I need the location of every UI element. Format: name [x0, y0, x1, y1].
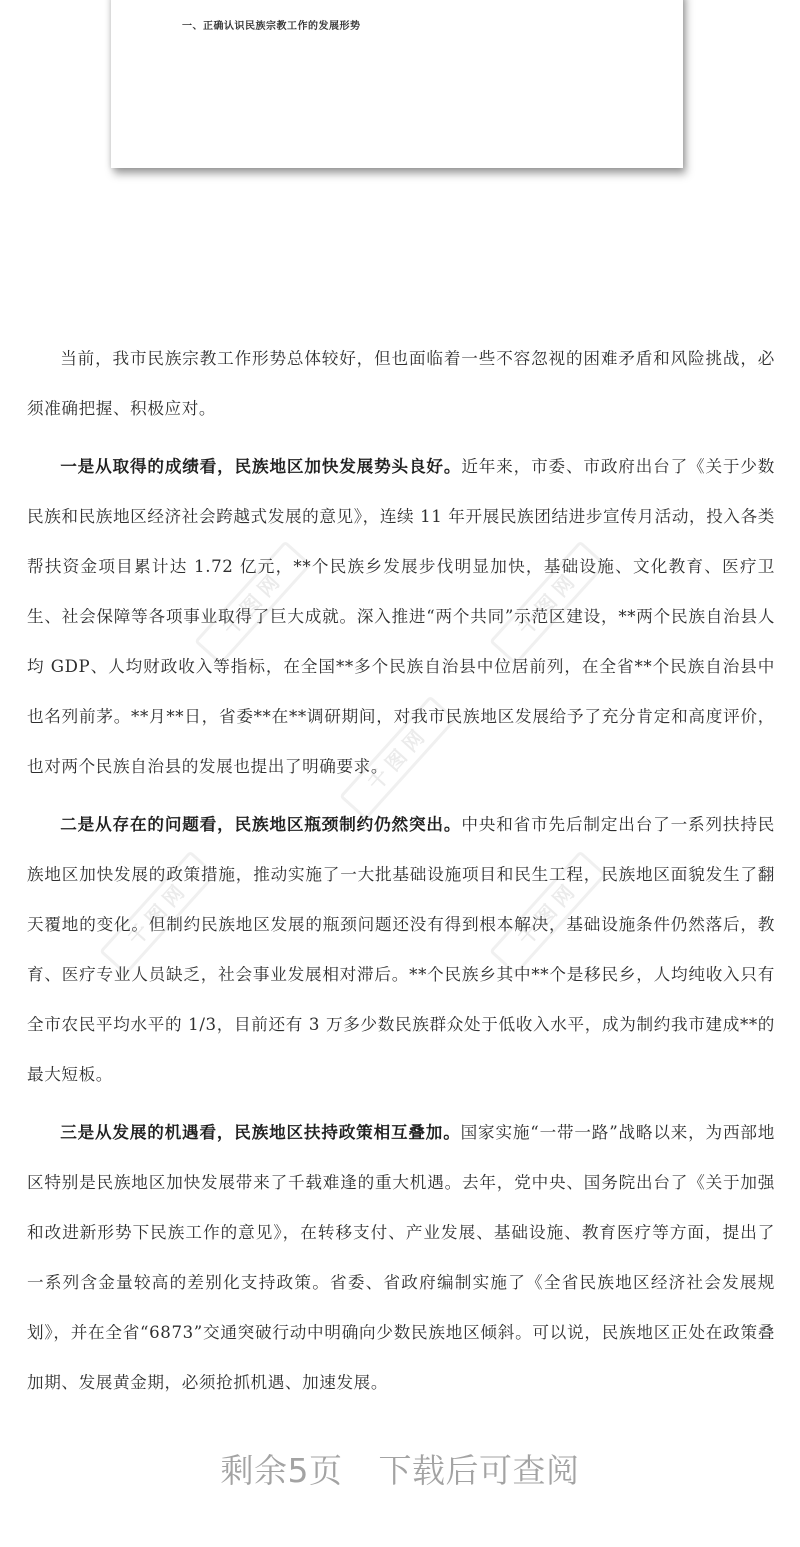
paragraph-problems: 二是从存在的问题看，民族地区瓶颈制约仍然突出。中央和省市先后制定出台了一系列扶持…	[27, 799, 775, 1100]
page-preview-card: 一、正确认识民族宗教工作的发展形势	[111, 0, 683, 168]
remaining-pages-label: 剩余5页	[221, 1451, 343, 1490]
download-to-read-more-banner[interactable]: 剩余5页下载后可查阅	[0, 1445, 800, 1492]
document-body: 当前，我市民族宗教工作形势总体较好，但也面临着一些不容忽视的困难矛盾和风险挑战，…	[27, 333, 775, 1408]
paragraph-intro: 当前，我市民族宗教工作形势总体较好，但也面临着一些不容忽视的困难矛盾和风险挑战，…	[27, 333, 775, 434]
paragraph-lead: 三是从发展的机遇看，民族地区扶持政策相互叠加。	[60, 1122, 460, 1142]
paragraph-opportunities: 三是从发展的机遇看，民族地区扶持政策相互叠加。国家实施“一带一路”战略以来，为西…	[27, 1107, 775, 1408]
page-heading: 一、正确认识民族宗教工作的发展形势	[182, 17, 361, 32]
paragraph-lead: 二是从存在的问题看，民族地区瓶颈制约仍然突出。	[60, 814, 461, 834]
download-hint-label: 下载后可查阅	[379, 1451, 580, 1490]
paragraph-text: 中央和省市先后制定出台了一系列扶持民族地区加快发展的政策措施，推动实施了一大批基…	[27, 815, 775, 1084]
paragraph-text: 当前，我市民族宗教工作形势总体较好，但也面临着一些不容忽视的困难矛盾和风险挑战，…	[27, 349, 775, 418]
paragraph-text: 近年来，市委、市政府出台了《关于少数民族和民族地区经济社会跨越式发展的意见》，连…	[27, 457, 775, 776]
paragraph-achievements: 一是从取得的成绩看，民族地区加快发展势头良好。近年来，市委、市政府出台了《关于少…	[27, 441, 775, 792]
paragraph-lead: 一是从取得的成绩看，民族地区加快发展势头良好。	[60, 456, 461, 476]
paragraph-text: 国家实施“一带一路”战略以来，为西部地区特别是民族地区加快发展带来了千载难逢的重…	[27, 1123, 775, 1392]
